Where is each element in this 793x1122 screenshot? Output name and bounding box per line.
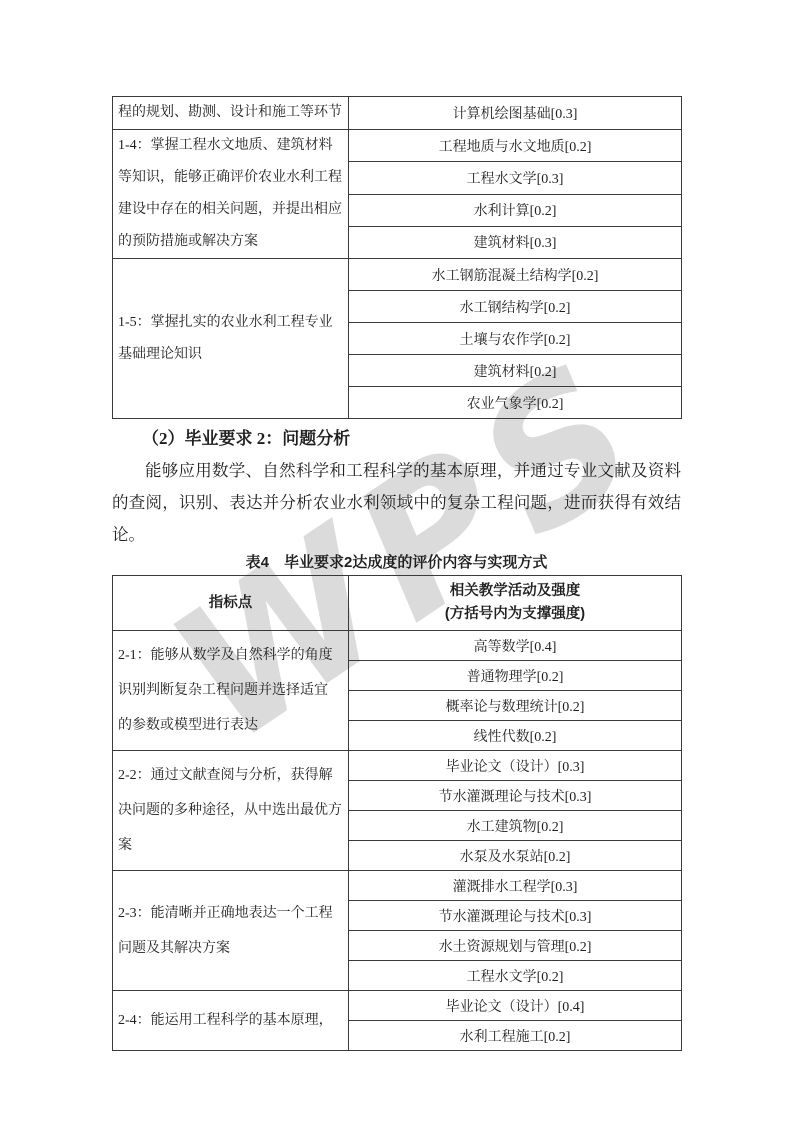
table-row: 2-4：能运用工程科学的基本原理，毕业论文（设计）[0.4]	[113, 991, 682, 1021]
table-row: 程的规划、勘测、设计和施工等环节计算机绘图基础[0.3]	[113, 97, 682, 130]
indicator-cell: 程的规划、勘测、设计和施工等环节	[113, 97, 349, 130]
table-row: 2-2：通过文献查阅与分析，获得解 决问题的多种途径，从中选出最优方 案毕业论文…	[113, 751, 682, 781]
activity-cell: 土壤与农作学[0.2]	[349, 323, 682, 355]
activity-cell: 线性代数[0.2]	[349, 721, 682, 751]
table-row: 1-4：掌握工程水文地质、建筑材料 等知识，能够正确评价农业水利工程 建设中存在…	[113, 130, 682, 162]
activity-cell: 水工建筑物[0.2]	[349, 811, 682, 841]
activity-cell: 工程水文学[0.3]	[349, 162, 682, 194]
activity-cell: 水土资源规划与管理[0.2]	[349, 931, 682, 961]
table4-caption: 表4 毕业要求2达成度的评价内容与实现方式	[112, 553, 681, 573]
table-row: 2-1：能够从数学及自然科学的角度 识别判断复杂工程问题并选择适宜 的参数或模型…	[113, 631, 682, 661]
activity-cell: 计算机绘图基础[0.3]	[349, 97, 682, 130]
table-requirement2: 指标点 相关教学活动及强度 (方括号内为支撑强度) 2-1：能够从数学及自然科学…	[112, 575, 682, 1051]
table-row: 1-5：掌握扎实的农业水利工程专业 基础理论知识水工钢筋混凝土结构学[0.2]	[113, 259, 682, 291]
activity-cell: 节水灌溉理论与技术[0.3]	[349, 781, 682, 811]
column-header-activities-line1: 相关教学活动及强度	[353, 580, 677, 603]
activity-cell: 高等数学[0.4]	[349, 631, 682, 661]
activity-cell: 灌溉排水工程学[0.3]	[349, 871, 682, 901]
activity-cell: 水利计算[0.2]	[349, 194, 682, 226]
activity-cell: 水工钢结构学[0.2]	[349, 291, 682, 323]
activity-cell: 普通物理学[0.2]	[349, 661, 682, 691]
activity-cell: 农业气象学[0.2]	[349, 387, 682, 419]
activity-cell: 工程水文学[0.2]	[349, 961, 682, 991]
column-header-activities-line2: (方括号内为支撑强度)	[353, 603, 677, 626]
section-heading: （2）毕业要求 2：问题分析	[112, 427, 681, 451]
indicator-cell: 2-4：能运用工程科学的基本原理，	[113, 991, 349, 1051]
activity-cell: 水泵及水泵站[0.2]	[349, 841, 682, 871]
indicator-cell: 2-1：能够从数学及自然科学的角度 识别判断复杂工程问题并选择适宜 的参数或模型…	[113, 631, 349, 751]
activity-cell: 节水灌溉理论与技术[0.3]	[349, 901, 682, 931]
activity-cell: 毕业论文（设计）[0.4]	[349, 991, 682, 1021]
section-paragraph: 能够应用数学、自然科学和工程科学的基本原理，并通过专业文献及资料的查阅，识别、表…	[112, 455, 681, 551]
activity-cell: 概率论与数理统计[0.2]	[349, 691, 682, 721]
document-page: WPS 程的规划、勘测、设计和施工等环节计算机绘图基础[0.3]1-4：掌握工程…	[0, 0, 793, 1122]
indicator-cell: 1-4：掌握工程水文地质、建筑材料 等知识，能够正确评价农业水利工程 建设中存在…	[113, 130, 349, 259]
table-header-row: 指标点 相关教学活动及强度 (方括号内为支撑强度)	[113, 576, 682, 631]
document-content: 程的规划、勘测、设计和施工等环节计算机绘图基础[0.3]1-4：掌握工程水文地质…	[112, 96, 681, 1051]
activity-cell: 水利工程施工[0.2]	[349, 1021, 682, 1051]
activity-cell: 建筑材料[0.2]	[349, 355, 682, 387]
activity-cell: 建筑材料[0.3]	[349, 226, 682, 258]
indicator-cell: 2-3：能清晰并正确地表达一个工程 问题及其解决方案	[113, 871, 349, 991]
activity-cell: 水工钢筋混凝土结构学[0.2]	[349, 259, 682, 291]
column-header-indicator: 指标点	[113, 576, 349, 631]
indicator-cell: 1-5：掌握扎实的农业水利工程专业 基础理论知识	[113, 259, 349, 419]
table-requirement1: 程的规划、勘测、设计和施工等环节计算机绘图基础[0.3]1-4：掌握工程水文地质…	[112, 96, 682, 419]
activity-cell: 毕业论文（设计）[0.3]	[349, 751, 682, 781]
indicator-cell: 2-2：通过文献查阅与分析，获得解 决问题的多种途径，从中选出最优方 案	[113, 751, 349, 871]
table-row: 2-3：能清晰并正确地表达一个工程 问题及其解决方案灌溉排水工程学[0.3]	[113, 871, 682, 901]
activity-cell: 工程地质与水文地质[0.2]	[349, 130, 682, 162]
column-header-activities: 相关教学活动及强度 (方括号内为支撑强度)	[349, 576, 682, 631]
